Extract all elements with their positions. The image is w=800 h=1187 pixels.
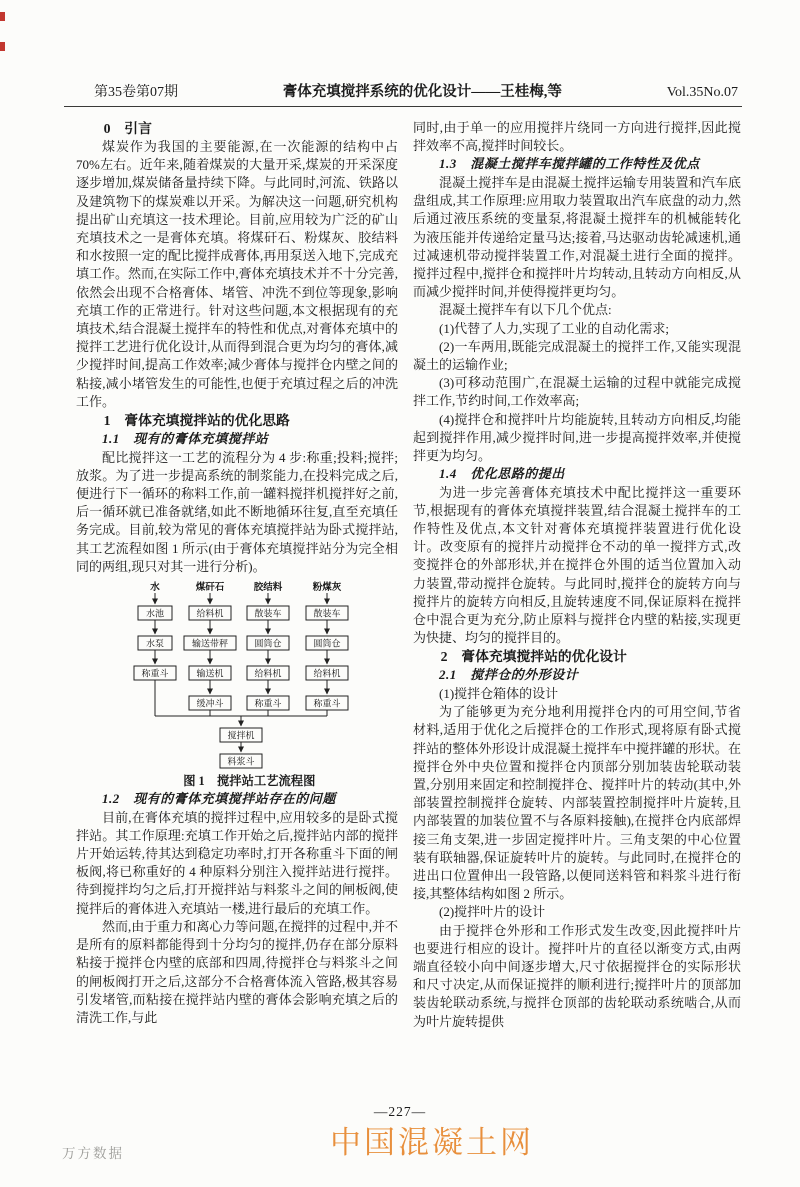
figure-1-flowchart: 水 煤矸石 胶结料 粉煤灰 [100, 580, 398, 772]
flow-node-label: 水池 [146, 607, 164, 618]
paragraph: (2)搅拌叶片的设计 [413, 903, 741, 921]
flow-node-label: 圆筒仓 [254, 637, 281, 648]
red-edge-mark [0, 12, 5, 21]
flow-node-label: 输送机 [196, 667, 223, 678]
flow-node-label: 输送带秤 [192, 637, 228, 648]
flow-input-water: 水 [150, 581, 160, 593]
list-item: (4)搅拌仓和搅拌叶片均能旋转,且转动方向相反,均能起到搅拌作用,减少搅拌时间,… [413, 411, 741, 466]
paragraph: 为了能够更为充分地利用搅拌仓内的可用空间,节省材料,适用于优化之后搅拌仓的工作形… [413, 703, 741, 903]
paragraph: 配比搅拌这一工艺的流程分为 4 步:称重;投料;搅拌;放浆。为了进一步提高系统的… [76, 449, 398, 576]
flow-input-flyash: 粉煤灰 [312, 581, 342, 593]
paragraph: 然而,由于重力和离心力等问题,在搅拌的过程中,并不是所有的原料都能得到十分均匀的… [76, 918, 398, 1027]
paragraph-continued: 同时,由于单一的应用搅拌片绕同一方向进行搅拌,因此搅拌效率不高,搅拌时间较长。 [413, 119, 741, 155]
flow-node-label: 称重斗 [141, 667, 168, 678]
flow-node-label: 称重斗 [254, 697, 281, 708]
paragraph: 目前,在膏体充填的搅拌过程中,应用较多的是卧式搅拌站。其工作原理:充填工作开始之… [76, 809, 398, 918]
paragraph: 混凝土搅拌车是由混凝土搅拌运输专用装置和汽车底盘组成,其工作原理:应用取力装置取… [413, 174, 741, 301]
watermark: 中国混凝土网 [330, 1117, 534, 1162]
flow-node-label: 给料机 [254, 667, 281, 678]
list-item: (3)可移动范围广,在混凝土运输的过程中就能完成搅拌工作,节约时间,工作效率高; [413, 374, 741, 410]
list-item: (2)一车两用,既能完成混凝土的搅拌工作,又能实现混凝土的运输作业; [413, 338, 741, 374]
section-heading-1-1: 1.1 现有的膏体充填搅拌站 [76, 430, 398, 449]
running-title: 膏体充填搅拌系统的优化设计——王桂梅,等 [283, 80, 562, 101]
paragraph: 混凝土搅拌车有以下几个优点: [413, 301, 741, 319]
flow-input-gangue: 煤矸石 [195, 581, 225, 593]
section-heading-2: 2 膏体充填搅拌站的优化设计 [413, 647, 741, 666]
section-heading-1-2: 1.2 现有的膏体充填搅拌站存在的问题 [76, 790, 398, 809]
flow-node-label: 给料机 [313, 667, 340, 678]
issue-label: 第35卷第07期 [94, 81, 178, 101]
paragraph: (1)搅拌仓箱体的设计 [413, 685, 741, 703]
flow-node-label-slurry-hopper: 料浆斗 [227, 755, 254, 766]
volume-label: Vol.35No.07 [667, 85, 738, 101]
section-heading-1-3: 1.3 混凝土搅拌车搅拌罐的工作特性及优点 [413, 155, 741, 174]
flow-node-label: 称重斗 [313, 697, 340, 708]
paragraph: 为进一步完善膏体充填技术中配比搅拌这一重要环节,根据现有的膏体充填搅拌装置,结合… [413, 484, 741, 648]
flow-node-label: 散装车 [254, 607, 281, 618]
section-heading-0: 0 引言 [76, 119, 398, 138]
two-column-body: 0 引言 煤炭作为我国的主要能源,在一次能源的结构中占 70%左右。近年来,随着… [76, 119, 741, 1121]
flowchart-svg: 水 煤矸石 胶结料 粉煤灰 [100, 580, 372, 772]
flow-node-label: 圆筒仓 [313, 637, 340, 648]
flow-node-label: 水泵 [146, 637, 164, 648]
flow-node-label: 给料机 [196, 607, 223, 618]
flow-node-label: 散装车 [313, 607, 340, 618]
list-item: (1)代替了人力,实现了工业的自动化需求; [413, 320, 741, 338]
left-column: 0 引言 煤炭作为我国的主要能源,在一次能源的结构中占 70%左右。近年来,随着… [76, 119, 398, 1121]
figure-1-caption: 图 1 搅拌站工艺流程图 [76, 772, 398, 790]
paper-page: 第35卷第07期 膏体充填搅拌系统的优化设计——王桂梅,等 Vol.35No.0… [0, 0, 800, 1187]
section-heading-1: 1 膏体充填搅拌站的优化思路 [76, 411, 398, 430]
wanfang-label: 万方数据 [62, 1142, 124, 1162]
red-edge-mark [0, 42, 5, 51]
right-column: 同时,由于单一的应用搅拌片绕同一方向进行搅拌,因此搅拌效率不高,搅拌时间较长。 … [413, 119, 741, 1121]
section-heading-1-4: 1.4 优化思路的提出 [413, 465, 741, 484]
paragraph: 煤炭作为我国的主要能源,在一次能源的结构中占 70%左右。近年来,随着煤炭的大量… [76, 138, 398, 411]
flow-input-binder: 胶结料 [254, 581, 283, 593]
page-header: 第35卷第07期 膏体充填搅拌系统的优化设计——王桂梅,等 Vol.35No.0… [64, 80, 742, 107]
paragraph: 由于搅拌仓外形和工作形式发生改变,因此搅拌叶片也要进行相应的设计。搅拌叶片的直径… [413, 922, 741, 1031]
flow-node-label-mixer: 搅拌机 [227, 729, 254, 740]
flow-node-label: 缓冲斗 [196, 697, 223, 708]
section-heading-2-1: 2.1 搅拌仓的外形设计 [413, 666, 741, 685]
